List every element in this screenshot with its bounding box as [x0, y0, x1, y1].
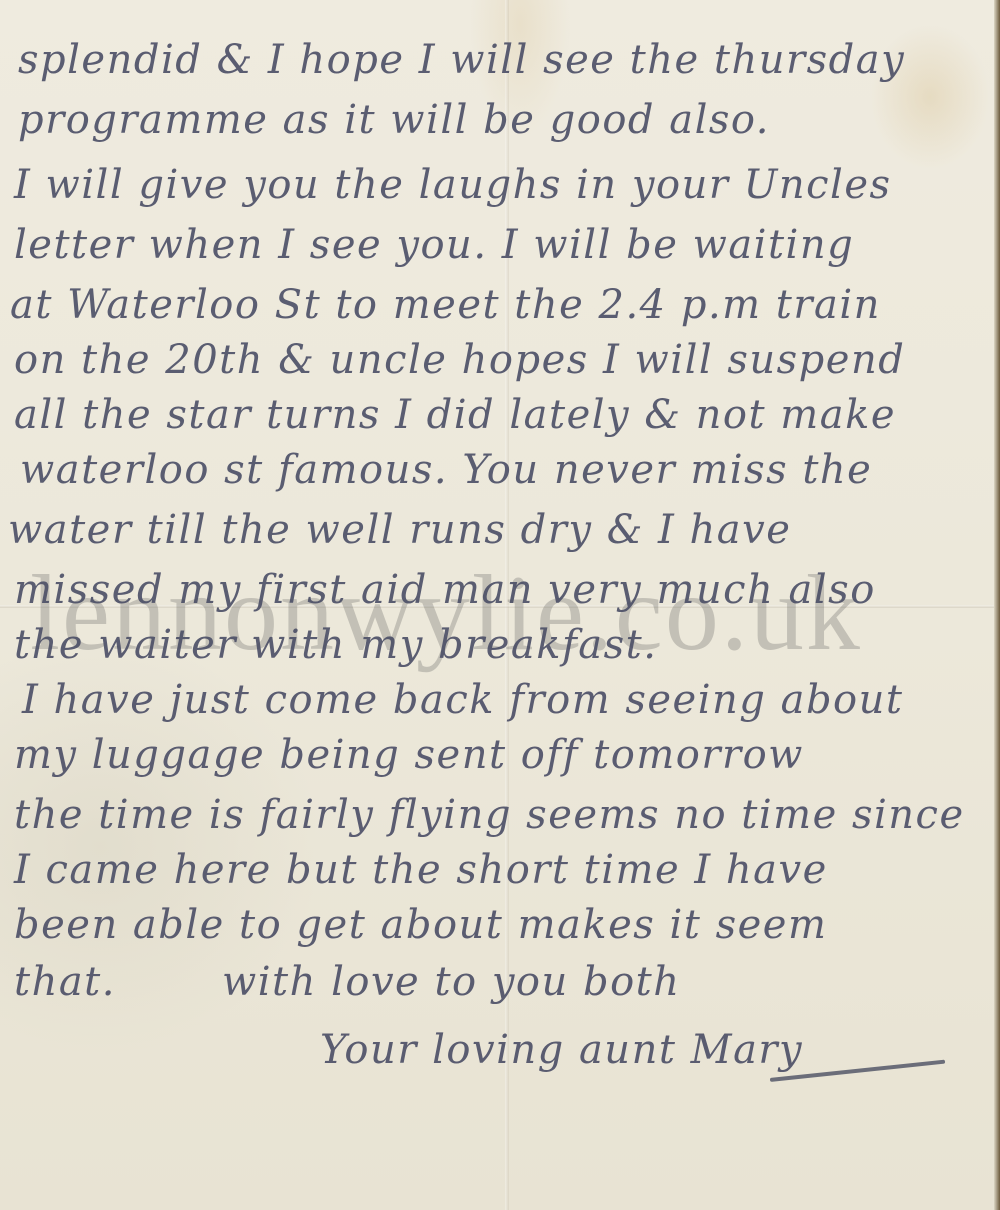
letter-line: letter when I see you. I will be waiting — [14, 225, 854, 265]
letter-signoff: Your loving aunt Mary — [320, 1030, 803, 1070]
letter-line: all the star turns I did lately & not ma… — [14, 395, 896, 435]
letter-line: the waiter with my breakfast. — [14, 625, 657, 665]
letter-line: at Waterloo St to meet the 2.4 p.m train — [10, 285, 881, 325]
letter-line: on the 20th & uncle hopes I will suspend — [14, 340, 905, 380]
letter-line: splendid & I hope I will see the thursda… — [18, 40, 905, 80]
letter-line: the time is fairly flying seems no time … — [14, 795, 965, 835]
letter-line: missed my first aid man very much also — [14, 570, 876, 610]
letter-line: my luggage being sent off tomorrow — [14, 735, 804, 775]
letter-line: I came here but the short time I have — [14, 850, 828, 890]
letter-page: lennonwylie.co.uk splendid & I hope I wi… — [0, 0, 1000, 1210]
letter-line: programme as it will be good also. — [18, 100, 770, 140]
letter-line: that. — [14, 962, 116, 1002]
letter-closing: with love to you both — [222, 962, 681, 1002]
letter-line: been able to get about makes it seem — [14, 905, 827, 945]
letter-line: I have just come back from seeing about — [22, 680, 903, 720]
letter-line: water till the well runs dry & I have — [8, 510, 791, 550]
letter-line: I will give you the laughs in your Uncle… — [14, 165, 892, 205]
letter-line: waterloo st famous. You never miss the — [20, 450, 872, 490]
letter-body: splendid & I hope I will see the thursda… — [0, 0, 1000, 1210]
